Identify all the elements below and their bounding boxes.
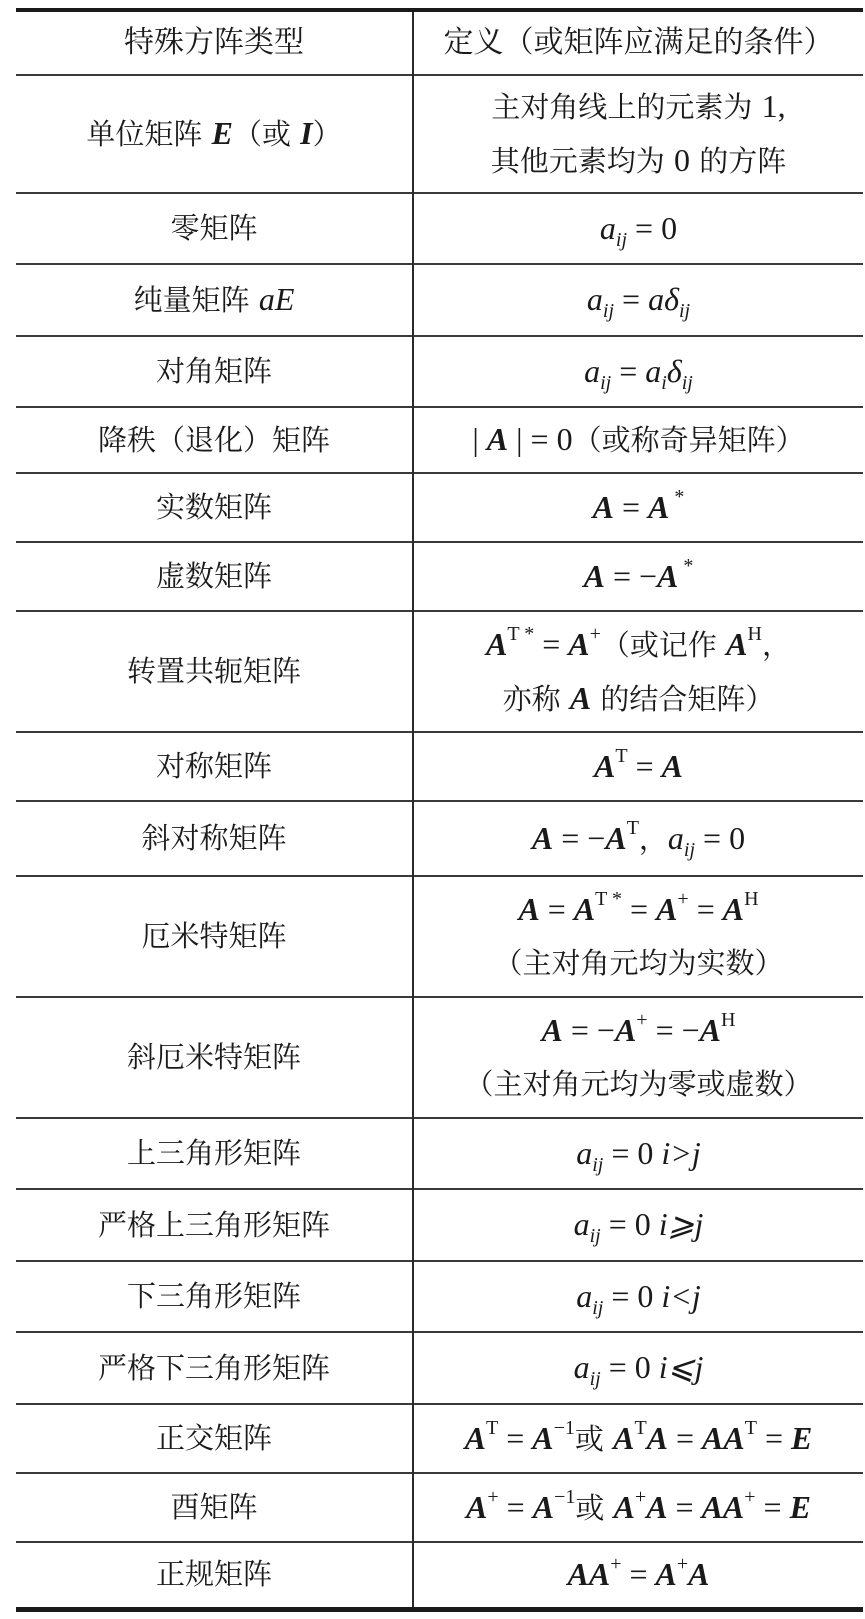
table-row: 对称矩阵AT = A [16,732,863,801]
definition-cell: aij = 0 i>j [413,1118,863,1189]
matrix-type-cell: 单位矩阵 E（或 I） [16,75,413,193]
text-segment: 严格下三角形矩阵 [98,1351,330,1385]
matrix-type-cell: 零矩阵 [16,193,413,264]
text-segment: = [622,891,656,927]
text-segment: + [636,1009,647,1031]
text-segment: * [669,486,684,508]
text-segment: A [532,1420,553,1456]
text-segment: A [570,680,591,716]
text-segment: = [534,626,568,662]
text-segment: i⩽j [659,1349,704,1385]
matrix-type-cell: 斜厄米特矩阵 [16,997,413,1118]
text-segment: ij [684,839,695,861]
text-segment: = 0 [601,1206,659,1242]
text-segment: = [756,1489,790,1525]
definition-cell-line: （主对角元均为零或虚数） [420,1058,857,1111]
definition-cell-line: AT = A−1或 ATA = AAT = E [420,1412,857,1466]
text-segment: + [744,1486,755,1508]
text-segment: A [700,1012,721,1048]
text-segment: T [486,1417,498,1439]
text-segment: T [634,1417,646,1439]
definition-cell: aij = 0 [413,193,863,264]
matrix-type-cell-line: 降秩（退化）矩阵 [22,414,406,467]
matrix-type-cell-line: 纯量矩阵 aE [22,273,406,327]
table-row: 实数矩阵A = A * [16,473,863,542]
text-segment: E [212,115,233,151]
text-segment: A [518,891,539,927]
text-segment: ij [600,372,611,394]
definition-cell-line: AA+ = A+A [420,1548,857,1602]
table-row: 纯量矩阵 aEaij = aδij [16,264,863,336]
matrix-type-cell-line: 酉矩阵 [22,1481,406,1534]
text-segment: = 0 [603,1135,661,1171]
text-segment: A [466,1489,487,1525]
definition-cell: A = AT * = A+ = AH（主对角元均为实数） [413,876,863,997]
text-segment: 对称矩阵 [156,749,272,783]
text-segment: A [614,1489,635,1525]
text-segment: a [574,1206,590,1242]
text-segment: A [568,626,589,662]
text-segment: a [584,353,600,389]
table-row: 下三角形矩阵aij = 0 i<j [16,1261,863,1332]
text-segment: H [747,623,761,645]
text-segment: （或记作 [601,628,726,662]
matrix-type-cell-line: 正交矩阵 [22,1412,406,1465]
text-segment: 下三角形矩阵 [127,1279,301,1313]
text-segment: = − [648,1012,700,1048]
table-row: 上三角形矩阵aij = 0 i>j [16,1118,863,1189]
text-segment: 零矩阵 [170,211,257,245]
text-segment: = [757,1420,791,1456]
matrix-type-cell: 严格上三角形矩阵 [16,1189,413,1261]
text-segment: = − [553,820,605,856]
matrix-type-cell-line: 单位矩阵 E（或 I） [22,107,406,161]
text-segment: aE [259,281,295,317]
matrix-type-cell: 转置共轭矩阵 [16,611,413,732]
header-matrix-type: 特殊方阵类型 [16,10,413,75]
text-segment: = [621,1556,655,1592]
matrix-type-cell: 下三角形矩阵 [16,1261,413,1332]
text-segment: ij [590,1225,601,1247]
text-segment: = [498,1420,532,1456]
text-segment: −1 [554,1417,575,1439]
definition-cell: 主对角线上的元素为 1,其他元素均为 0 的方阵 [413,75,863,193]
text-segment: H [744,888,758,910]
table-row: 单位矩阵 E（或 I）主对角线上的元素为 1,其他元素均为 0 的方阵 [16,75,863,193]
text-segment: A [688,1556,709,1592]
text-segment: A [613,1420,634,1456]
text-segment: = − [563,1012,615,1048]
text-segment: 斜对称矩阵 [141,821,286,855]
definition-cell-line: aij = 0 i>j [420,1127,857,1181]
matrix-type-cell-line: 斜厄米特矩阵 [22,1031,406,1084]
text-segment: AA [568,1556,611,1592]
text-segment: i<j [661,1278,700,1314]
text-segment: （主对角元均为实数） [493,946,783,980]
matrix-type-cell: 虚数矩阵 [16,542,413,611]
matrix-type-cell: 降秩（退化）矩阵 [16,407,413,473]
matrix-type-cell: 正交矩阵 [16,1404,413,1473]
matrix-type-cell-line: 对角矩阵 [22,345,406,398]
matrix-type-cell: 酉矩阵 [16,1473,413,1542]
text-segment: A [648,489,669,525]
table-row: 降秩（退化）矩阵| A | = 0（或称奇异矩阵） [16,407,863,473]
text-segment: A [594,748,615,784]
text-segment: A [574,891,595,927]
text-segment: E [790,1489,811,1525]
text-segment: A [723,891,744,927]
text-segment: | [472,421,486,457]
text-segment: A [533,1489,554,1525]
text-segment: A [593,489,614,525]
matrix-type-cell-line: 实数矩阵 [22,481,406,534]
matrix-type-cell: 厄米特矩阵 [16,876,413,997]
definition-cell-line: aij = 0 i⩾j [420,1198,857,1252]
definition-cell-line: 其他元素均为 0 的方阵 [420,134,857,188]
definition-cell: A = A * [413,473,863,542]
text-segment: A [615,1012,636,1048]
text-segment: a [668,820,684,856]
table-row: 正交矩阵AT = A−1或 ATA = AAT = E [16,1404,863,1473]
text-segment: T * [507,623,534,645]
matrix-type-cell: 对角矩阵 [16,336,413,407]
text-segment: A [465,1420,486,1456]
definition-cell: AA+ = A+A [413,1542,863,1609]
text-segment: A [656,1556,677,1592]
definition-cell: A = −A+ = −AH（主对角元均为零或虚数） [413,997,863,1118]
text-segment: 1, [762,88,786,124]
text-segment: a [574,1349,590,1385]
table-row: 转置共轭矩阵AT * = A+（或记作 AH，亦称 A 的结合矩阵） [16,611,863,732]
text-segment: T [627,817,639,839]
text-segment: （或 [233,117,300,151]
text-segment: A [657,558,678,594]
definition-cell-line: aij = 0 i⩽j [420,1341,857,1395]
text-segment: + [487,1486,498,1508]
text-segment: ij [679,300,690,322]
matrix-type-cell-line: 零矩阵 [22,202,406,255]
text-segment: （或称奇异矩阵） [573,423,805,457]
text-segment: 斜厄米特矩阵 [127,1040,301,1074]
definition-cell-line: A = AT * = A+ = AH [420,883,857,937]
text-segment: A [605,820,626,856]
text-segment: a [576,1135,592,1171]
definition-cell-line: 主对角线上的元素为 1, [420,80,857,134]
text-segment: 的方阵 [690,144,786,178]
matrix-type-cell-line: 上三角形矩阵 [22,1127,406,1180]
matrix-type-cell-line: 转置共轭矩阵 [22,645,406,698]
definition-cell: | A | = 0（或称奇异矩阵） [413,407,863,473]
text-segment: （主对角元均为零或虚数） [464,1067,812,1101]
definition-cell-line: A+ = A−1或 A+A = AA+ = E [420,1481,857,1535]
text-segment: 虚数矩阵 [156,559,272,593]
text-segment: A [662,748,683,784]
text-segment: = [668,1420,702,1456]
text-segment: = − [605,558,657,594]
definition-cell: aij = 0 i<j [413,1261,863,1332]
matrix-type-cell-line: 厄米特矩阵 [22,910,406,963]
definition-cell-line: aij = 0 i<j [420,1270,857,1324]
text-segment: T [615,745,627,767]
table-header-row: 特殊方阵类型 定义（或矩阵应满足的条件） [16,10,863,75]
text-segment: = 0 [601,1349,659,1385]
definition-cell: AT = A−1或 ATA = AAT = E [413,1404,863,1473]
text-segment: a [600,210,616,246]
text-segment: I [300,115,312,151]
definition-cell: aij = 0 i⩽j [413,1332,863,1404]
definition-cell: aij = 0 i⩾j [413,1189,863,1261]
text-segment: a [576,1278,592,1314]
special-matrix-table-container: 特殊方阵类型 定义（或矩阵应满足的条件） 单位矩阵 E（或 I）主对角线上的元素… [16,8,851,1612]
table-row: 零矩阵aij = 0 [16,193,863,264]
matrix-type-cell-line: 虚数矩阵 [22,550,406,603]
table-row: 对角矩阵aij = aiδij [16,336,863,407]
text-segment: T * [595,888,622,910]
definition-cell-line: A = −AT，aij = 0 [420,812,857,866]
text-segment: H [721,1009,735,1031]
text-segment: a [645,353,661,389]
text-segment: 或 [575,1422,613,1456]
text-segment: AA [702,1489,745,1525]
matrix-type-cell-line: 对称矩阵 [22,740,406,793]
table-row: 严格上三角形矩阵aij = 0 i⩾j [16,1189,863,1261]
text-segment: 酉矩阵 [170,1490,257,1524]
text-segment: + [610,1553,621,1575]
text-segment: δ [667,353,682,389]
text-segment: 降秩（退化）矩阵 [98,423,330,457]
matrix-type-cell: 对称矩阵 [16,732,413,801]
text-segment: A [584,558,605,594]
table-row: 厄米特矩阵A = AT * = A+ = AH（主对角元均为实数） [16,876,863,997]
definition-cell-line: aij = 0 [420,202,857,256]
text-segment: A [646,1489,667,1525]
definition-cell-line: （主对角元均为实数） [420,937,857,990]
table-row: 严格下三角形矩阵aij = 0 i⩽j [16,1332,863,1404]
text-segment: i⩾j [659,1206,704,1242]
text-segment: = [628,748,662,784]
text-segment: = [611,353,645,389]
text-segment: ， [639,822,668,856]
definition-cell-line: AT * = A+（或记作 AH， [420,618,857,672]
matrix-type-cell: 严格下三角形矩阵 [16,1332,413,1404]
table-row: 正规矩阵AA+ = A+A [16,1542,863,1609]
text-segment: 上三角形矩阵 [127,1136,301,1170]
text-segment: * [678,555,693,577]
definition-cell-line: A = −A * [420,550,857,604]
text-segment: A [542,1012,563,1048]
definition-cell-line: aij = aδij [420,273,857,327]
text-segment: 正交矩阵 [156,1421,272,1455]
text-segment: A [647,1420,668,1456]
text-segment: A [486,626,507,662]
text-segment: 其他元素均为 [491,144,674,178]
text-segment: T [745,1417,757,1439]
text-segment: aδ [648,281,679,317]
text-segment: = [614,281,648,317]
table-body: 特殊方阵类型 定义（或矩阵应满足的条件） 单位矩阵 E（或 I）主对角线上的元素… [16,10,863,1609]
text-segment: 对角矩阵 [156,354,272,388]
definition-cell: AT * = A+（或记作 AH，亦称 A 的结合矩阵） [413,611,863,732]
text-segment: ， [762,628,791,662]
text-segment: + [635,1486,646,1508]
matrix-type-cell: 纯量矩阵 aE [16,264,413,336]
text-segment: = [614,489,648,525]
matrix-type-cell: 正规矩阵 [16,1542,413,1609]
text-segment: = 0 [627,210,677,246]
text-segment: 严格上三角形矩阵 [98,1208,330,1242]
text-segment: A [532,820,553,856]
matrix-type-cell: 上三角形矩阵 [16,1118,413,1189]
text-segment: A [726,626,747,662]
text-segment: 亦称 [503,682,570,716]
definition-cell: A = −A * [413,542,863,611]
text-segment: + [590,623,601,645]
matrix-type-cell: 实数矩阵 [16,473,413,542]
text-segment: AA [702,1420,745,1456]
text-segment: = [668,1489,702,1525]
special-matrix-table: 特殊方阵类型 定义（或矩阵应满足的条件） 单位矩阵 E（或 I）主对角线上的元素… [16,8,863,1612]
table-row: 斜对称矩阵A = −AT，aij = 0 [16,801,863,876]
definition-cell: A+ = A−1或 A+A = AA+ = E [413,1473,863,1542]
text-segment: ij [603,300,614,322]
matrix-type-cell: 斜对称矩阵 [16,801,413,876]
text-segment: 转置共轭矩阵 [127,654,301,688]
definition-cell: aij = aiδij [413,336,863,407]
text-segment: A [487,421,508,457]
text-segment: + [677,888,688,910]
text-segment: = [689,891,723,927]
text-segment: ij [616,229,627,251]
text-segment: ） [313,117,342,151]
text-segment: 实数矩阵 [156,490,272,524]
text-segment: 主对角线上的元素为 [491,90,761,124]
definition-cell-line: A = −A+ = −AH [420,1004,857,1058]
definition-cell-line: AT = A [420,740,857,794]
text-segment: = [499,1489,533,1525]
matrix-type-cell-line: 正规矩阵 [22,1548,406,1601]
definition-cell: aij = aδij [413,264,863,336]
definition-cell-line: A = A * [420,481,857,535]
text-segment: ij [590,1368,601,1390]
table-row: 酉矩阵A+ = A−1或 A+A = AA+ = E [16,1473,863,1542]
text-segment: + [677,1553,688,1575]
text-segment: −1 [554,1486,575,1508]
text-segment: a [587,281,603,317]
text-segment: | = 0 [508,421,572,457]
definition-cell: A = −AT，aij = 0 [413,801,863,876]
text-segment: = 0 [603,1278,661,1314]
definition-cell: AT = A [413,732,863,801]
definition-cell-line: | A | = 0（或称奇异矩阵） [420,413,857,467]
text-segment: = 0 [695,820,745,856]
table-row: 斜厄米特矩阵A = −A+ = −AH（主对角元均为零或虚数） [16,997,863,1118]
text-segment: i>j [661,1135,700,1171]
definition-cell-line: aij = aiδij [420,345,857,399]
text-segment: 的结合矩阵） [591,682,774,716]
text-segment: 厄米特矩阵 [141,919,286,953]
text-segment: A [656,891,677,927]
text-segment: ij [682,372,693,394]
text-segment: 正规矩阵 [156,1557,272,1591]
definition-cell-line: 亦称 A 的结合矩阵） [420,672,857,726]
text-segment: 纯量矩阵 [134,283,259,317]
table-row: 虚数矩阵A = −A * [16,542,863,611]
text-segment: 单位矩阵 [86,117,211,151]
text-segment: ij [592,1297,603,1319]
text-segment: 0 [674,142,690,178]
matrix-type-cell-line: 斜对称矩阵 [22,812,406,865]
text-segment: E [791,1420,812,1456]
header-definition: 定义（或矩阵应满足的条件） [413,10,863,75]
text-segment: 或 [575,1491,613,1525]
matrix-type-cell-line: 严格上三角形矩阵 [22,1199,406,1252]
text-segment: ij [592,1154,603,1176]
matrix-type-cell-line: 严格下三角形矩阵 [22,1342,406,1395]
text-segment: = [540,891,574,927]
matrix-type-cell-line: 下三角形矩阵 [22,1270,406,1323]
